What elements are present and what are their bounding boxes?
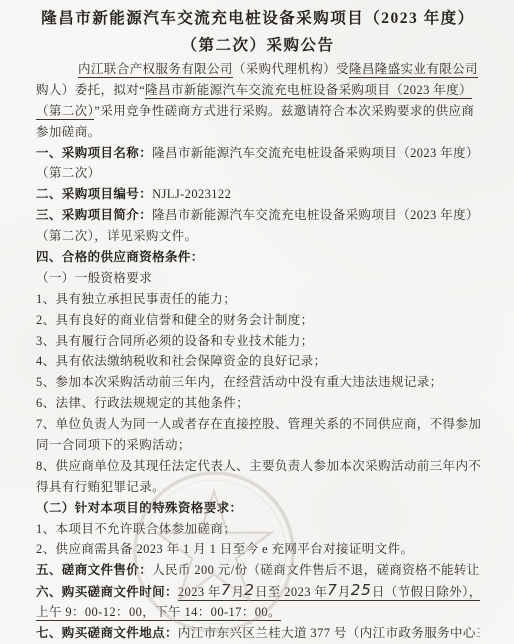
document-line: 5、参加本次采购活动前三年内，在经营活动中没有重大违法违规记录； <box>36 372 480 393</box>
document-line: 2、具有良好的商业信誉和健全的财务会计制度； <box>36 310 480 331</box>
text-run: （一）一般资格要求 <box>36 271 152 285</box>
text-run: 上午 9：00-12：00，下午 14：00-17：00。 <box>36 605 281 621</box>
document-line: （第二次） <box>36 163 480 184</box>
text-run: 六、购买磋商文件时间： <box>36 585 178 599</box>
text-run: 月 <box>338 585 351 601</box>
text-run: NJLJ-2023122 <box>152 187 231 201</box>
text-run: 内江联合产权服务有限公司 <box>78 62 233 78</box>
document-line: 六、购买磋商文件时间：2023 年7月2日至 2023 年7月25日（节假日除外… <box>36 581 480 602</box>
text-run: 7、单位负责人为同一人或者存在直接控股、管理关系的不同供应商，不得参加 <box>36 417 480 431</box>
document-line: 6、法律、行政法规规定的其他条件； <box>36 393 480 414</box>
text-run: 2 <box>244 581 255 601</box>
text-run: 7 <box>327 581 338 601</box>
text-run: （第二次），详见采购文件。 <box>36 229 197 243</box>
text-run: 人民币 200 元/份（磋商文件售后不退，磋商资格不能转让）。 <box>152 563 480 577</box>
document-line: 同一合同项下的采购活动； <box>36 435 480 456</box>
text-run: 2、具有良好的商业信誉和健全的财务会计制度； <box>36 313 314 327</box>
document-line: 七、购买磋商文件地点：内江市东兴区兰桂大道 377 号（内江市政务服务中心三 <box>36 623 480 644</box>
text-run: 三、采购项目简介： <box>36 208 152 222</box>
text-run: 1、具有独立承担民事责任的能力； <box>36 292 236 306</box>
document-line: 参加磋商。 <box>36 122 480 143</box>
text-run: 内江市东兴区兰桂大道 377 号（内江市政务服务中心三 <box>178 626 480 640</box>
document-line: 得具有行贿犯罪记录。 <box>36 477 480 498</box>
text-run: 25 <box>351 581 372 601</box>
text-run: （第二次） <box>36 166 101 180</box>
text-run: 隆昌市新能源汽车交流充电桩设备采购项目（2023 年度） <box>145 83 472 99</box>
text-run: 1、本项目不允许联合体参加磋商； <box>36 522 236 536</box>
document-line: 二、采购项目编号：NJLJ-2023122 <box>36 184 480 205</box>
text-run: 一、采购项目名称： <box>36 146 152 160</box>
document-line: 四、合格的供应商资格条件： <box>36 247 480 268</box>
text-run: 日（节假日除外）， <box>372 585 480 601</box>
text-run: 隆昌市新能源汽车交流充电桩设备采购项目（2023 年度） <box>152 208 479 222</box>
document-line: 1、本项目不允许联合体参加磋商； <box>36 519 480 540</box>
document-line: 3、具有履行合同所必须的设备和专业技术能力； <box>36 331 480 352</box>
document-line: 8、供应商单位及其现任法定代表人、主要负责人参加本次采购活动前三年内不 <box>36 456 480 477</box>
scanned-document-page: 隆昌市新能源汽车交流充电桩设备采购项目（2023 年度） （第二次）采购公告 内… <box>0 0 514 644</box>
text-run: 二、采购项目编号： <box>36 187 152 201</box>
text-run: 七、购买磋商文件地点： <box>36 626 178 640</box>
text-run: 3、具有履行合同所必须的设备和专业技术能力； <box>36 334 314 348</box>
document-line: 1、具有独立承担民事责任的能力； <box>36 289 480 310</box>
document-line: 2、供应商需具备 2023 年 1 月 1 日至今 e 充网平台对接证明文件。 <box>36 539 480 560</box>
text-run: 同一合同项下的采购活动； <box>36 438 191 452</box>
text-run: 4、具有依法缴纳税收和社会保障资金的良好记录； <box>36 354 326 368</box>
text-run: 月 <box>231 585 244 601</box>
document-line: 五、磋商文件售价：人民币 200 元/份（磋商文件售后不退，磋商资格不能转让）。 <box>36 560 480 581</box>
document-line: 三、采购项目简介：隆昌市新能源汽车交流充电桩设备采购项目（2023 年度） <box>36 205 480 226</box>
document-line: （第二次）”采用竞争性磋商方式进行采购。兹邀请符合本次采购要求的供应商 <box>36 101 480 122</box>
text-run: 2023 年 <box>178 585 221 601</box>
text-run: （采购代理机构）受 <box>233 62 349 76</box>
text-run: （第二次） <box>36 104 94 120</box>
text-run: 四、合格的供应商资格条件： <box>36 250 204 264</box>
document-line: （第二次），详见采购文件。 <box>36 226 480 247</box>
document-line: 4、具有依法缴纳税收和社会保障资金的良好记录； <box>36 351 480 372</box>
document-line: 上午 9：00-12：00，下午 14：00-17：00。 <box>36 602 480 623</box>
text-run: 8、供应商单位及其现任法定代表人、主要负责人参加本次采购活动前三年内不 <box>36 459 480 473</box>
text-run: 2、供应商需具备 2023 年 1 月 1 日至今 e 充网平台对接证明文件。 <box>36 542 413 556</box>
document-title-line1: 隆昌市新能源汽车交流充电桩设备采购项目（2023 年度） <box>36 5 480 32</box>
text-run: 7 <box>221 581 232 601</box>
text-run: （二）针对本项目的特殊资格要求： <box>36 501 242 515</box>
text-run: 日至 2023 年 <box>255 585 327 601</box>
document-body: 内江联合产权服务有限公司（采购代理机构）受隆昌隆盛实业有限公司（采购人）委托，拟… <box>36 59 480 644</box>
document-line: 购人）委托，拟对“隆昌市新能源汽车交流充电桩设备采购项目（2023 年度） <box>36 80 480 101</box>
text-run: 隆昌市新能源汽车交流充电桩设备采购项目（2023 年度） <box>152 146 479 160</box>
document-line: 内江联合产权服务有限公司（采购代理机构）受隆昌隆盛实业有限公司（采 <box>36 59 480 80</box>
text-run: 得具有行贿犯罪记录。 <box>36 480 165 494</box>
document-title-line2: （第二次）采购公告 <box>36 32 480 59</box>
document-line: 7、单位负责人为同一人或者存在直接控股、管理关系的不同供应商，不得参加 <box>36 414 480 435</box>
text-run: 隆昌隆盛实业有限公司 <box>349 62 478 78</box>
text-run: （采 <box>478 62 480 76</box>
document-line: （一）一般资格要求 <box>36 268 480 289</box>
document-line: （二）针对本项目的特殊资格要求： <box>36 498 480 519</box>
text-run: ”采用竞争性磋商方式进行采购。兹邀请符合本次采购要求的供应商 <box>94 104 474 118</box>
text-run: 参加磋商。 <box>36 125 101 139</box>
document-line: 一、采购项目名称：隆昌市新能源汽车交流充电桩设备采购项目（2023 年度） <box>36 143 480 164</box>
text-run: 6、法律、行政法规规定的其他条件； <box>36 396 249 410</box>
text-run: 购人）委托，拟对“ <box>36 83 145 97</box>
text-run: 五、磋商文件售价： <box>36 563 152 577</box>
text-run: 5、参加本次采购活动前三年内，在经营活动中没有重大违法违规记录； <box>36 375 443 389</box>
